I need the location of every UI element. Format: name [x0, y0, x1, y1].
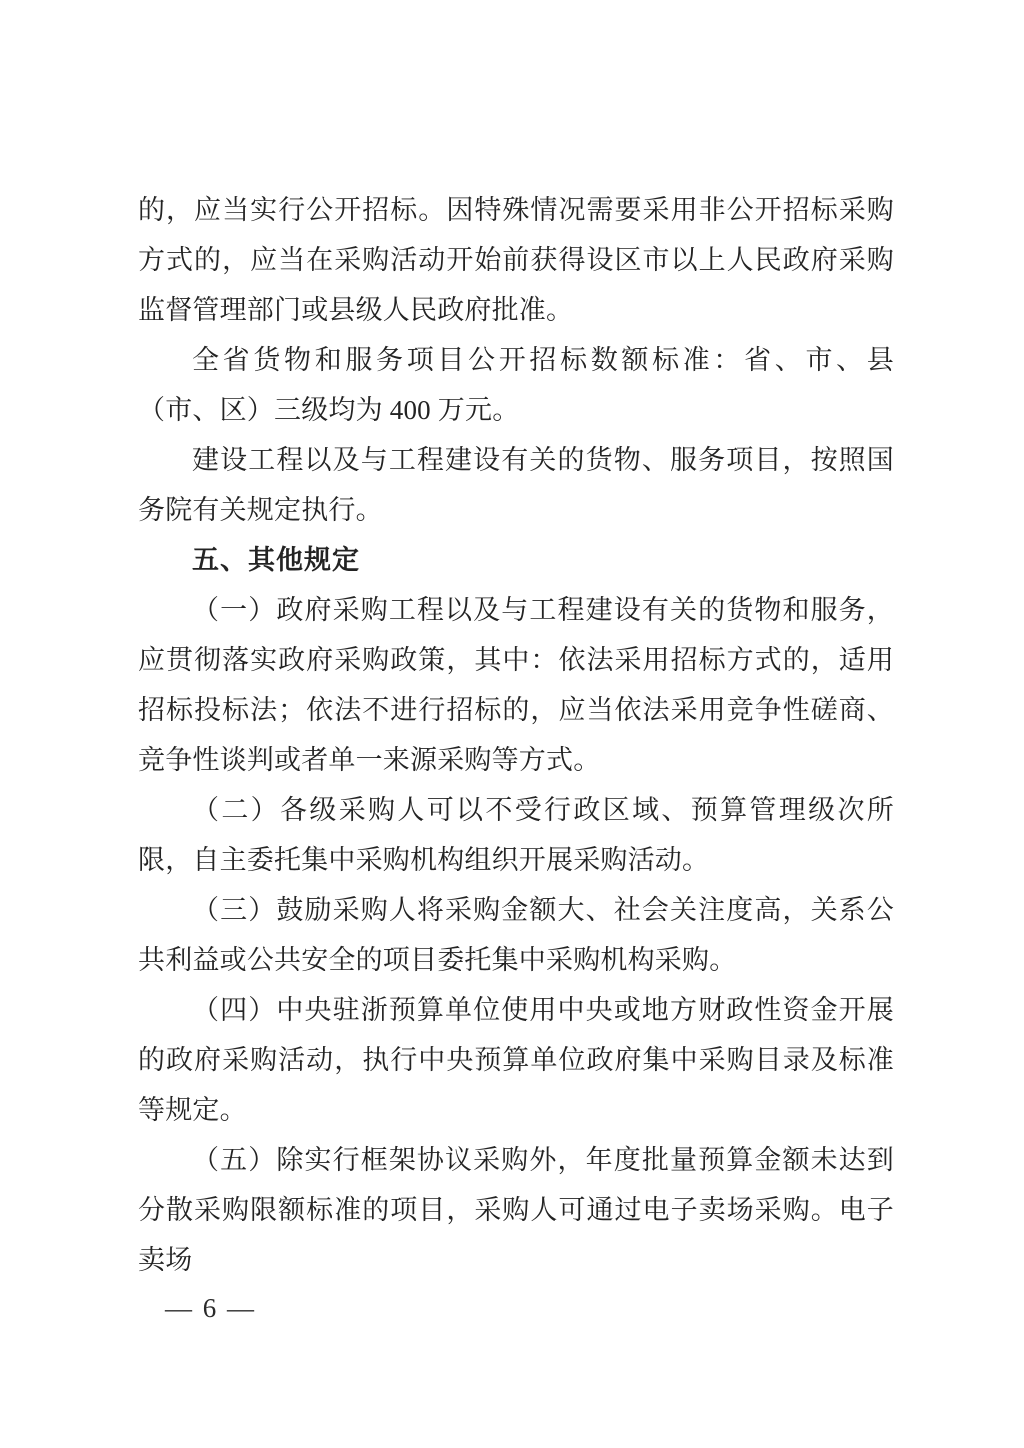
paragraph: （五）除实行框架协议采购外，年度批量预算金额未达到分散采购限额标准的项目，采购人…	[138, 1135, 894, 1285]
document-body: 的，应当实行公开招标。因特殊情况需要采用非公开招标采购方式的，应当在采购活动开始…	[138, 185, 894, 1285]
page-number: — 6 —	[165, 1293, 256, 1323]
section-heading: 五、其他规定	[138, 535, 894, 585]
page-footer: — 6 —	[165, 1288, 256, 1328]
paragraph: 建设工程以及与工程建设有关的货物、服务项目，按照国务院有关规定执行。	[138, 435, 894, 535]
paragraph: （一）政府采购工程以及与工程建设有关的货物和服务，应贯彻落实政府采购政策，其中：…	[138, 585, 894, 785]
paragraph: 全省货物和服务项目公开招标数额标准：省、市、县（市、区）三级均为 400 万元。	[138, 335, 894, 435]
paragraph: 的，应当实行公开招标。因特殊情况需要采用非公开招标采购方式的，应当在采购活动开始…	[138, 185, 894, 335]
document-page: 的，应当实行公开招标。因特殊情况需要采用非公开招标采购方式的，应当在采购活动开始…	[0, 0, 1024, 1448]
paragraph: （三）鼓励采购人将采购金额大、社会关注度高，关系公共利益或公共安全的项目委托集中…	[138, 885, 894, 985]
paragraph: （二）各级采购人可以不受行政区域、预算管理级次所限，自主委托集中采购机构组织开展…	[138, 785, 894, 885]
paragraph: （四）中央驻浙预算单位使用中央或地方财政性资金开展的政府采购活动，执行中央预算单…	[138, 985, 894, 1135]
